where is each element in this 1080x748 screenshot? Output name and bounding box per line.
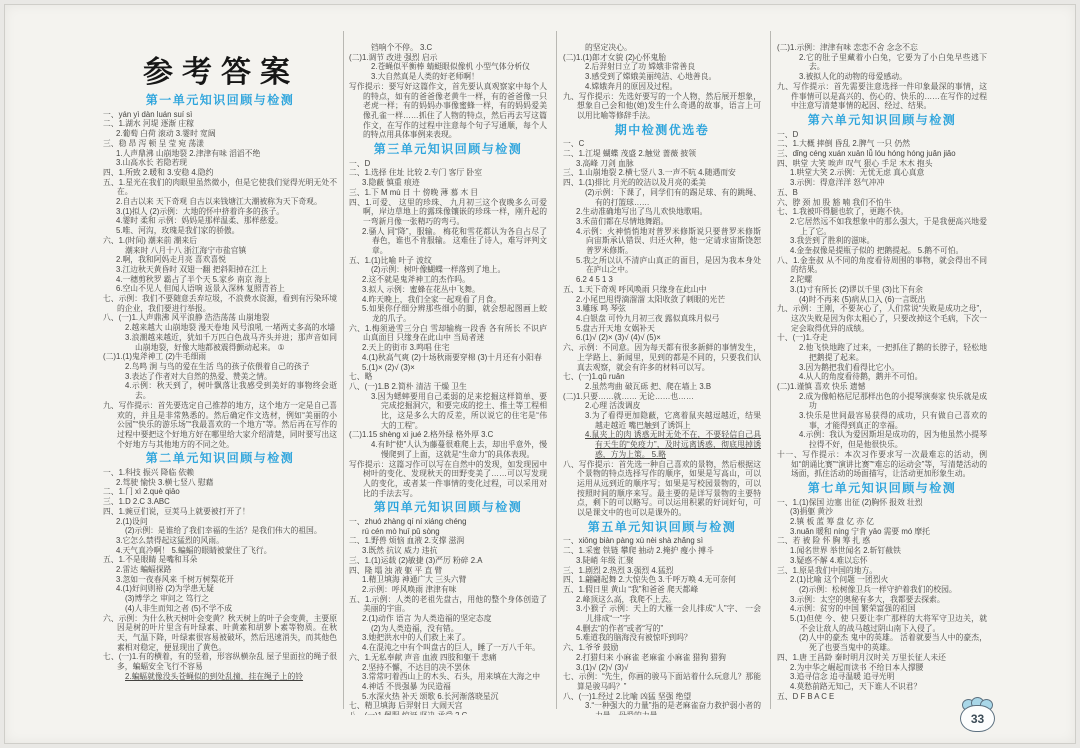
answer-line: 4.(1)好问则裕 (2)为学患无疑 [103,584,337,594]
answer-line: 4.莫愁前路无知己，天下谁人不识君？ [777,682,987,692]
answer-line: 七、示例：“先生，你画的骏马下面站着什么玩意儿？那能算是骏马吗？” [563,672,761,691]
answer-line: 七、示例：我们不要随意丢弃垃圾，不浪费水资源，看到有污染环境的企业，我们要进行举… [103,294,337,313]
answer-line: 2.陀螺 [777,275,987,285]
answer-line: 1.哄堂大笑 2.示例：无忧无虑 真心真意 [777,168,987,178]
answer-line: 2.鸟鸣 涧 与鸟的爱在生活 鸟的孩子依偎着自己的孩子 [103,362,337,372]
answer-line: 五、1.天下奇观 呼风唤雨 只缘身在此山中 [563,285,761,295]
answer-line: 二、1.门 xì 2.què qiāo [103,487,337,497]
answer-line: 2.成为像帕格尼尼那样出色的小提琴演奏家 快乐就是成功 [777,392,987,411]
answer-line: 4.(1)秋高气爽 (2)十场秋雨要穿棉 (3)十月还有小阳春 [349,353,547,363]
answer-line: 2.为中华之崛起而读书 不给日本人撑腰 [777,663,987,673]
section-header: 第七单元知识回顾与检测 [777,484,987,494]
answer-line: 一、yán yì dàn luán suí sì [103,110,337,120]
answer-line: 七、略 [349,372,547,382]
answer-line: 八、写作提示：首先选一种自己喜欢的景物，然后根据这个景物的特点选择写作的顺序，如… [563,460,761,518]
answer-line: 二、1.选择 住址 比较 2.专门 客厅 卧室 [349,168,547,178]
answer-line: 4.示例：秋天到了，树叶飘落让我感受到美好的事物终会逝去。 [103,381,337,400]
answer-line: 三、1.原是我们中国的地方。 [777,566,987,576]
answer-line: 二、1.采蜜 铁链 攀爬 抽动 2.掩护 瘦小 搏斗 [563,546,761,556]
answer-line: 4.嫦娥奔月的原因及过程。 [563,82,761,92]
answer-line: 2.(1)设问 [103,517,337,527]
answer-line: 3.大自然真是人类的好老师啊！ [349,72,547,82]
answer-line: 4.示例：火神悄悄地对普罗米修斯说只要普罗米修斯向宙斯承认错误、归还火种，他一定… [563,227,761,256]
page-title: 参考答案 [105,47,337,91]
answer-line: 3.雕琢 鸣 琴弦 [563,304,761,314]
answer-line: 二、若 被 险 怀 胸 筹 扎 惑 [777,536,987,546]
answer-line: 4.天气真冷啊！ 5.蝙蝠的眼睛被蒙住了飞行。 [103,546,337,556]
answer-line: (二)1.(1)鬼斧神工 (2)牛毛细雨 [103,352,337,362]
answer-line: 6.(1)√ (2)× (3)√ (4)√ (5)× [563,333,761,343]
answer-line: 2.驾驶 愉快 3.横七竖八 慰藉 [103,478,337,488]
answer-line: 五、1.不是眼睛 是嘴和耳朵 [103,555,337,565]
answer-line: 2.天上的街市 3.鸣唱 住宅 [349,343,547,353]
answer-line: 六、示例：为什么秋天树叶会变黄？秋天树上的叶子会变黄，主要原因是树的叶片里含有叶… [103,614,337,653]
answer-line: 2.虽然弯曲 破瓦砾 把、爬在墙上 3.B [563,382,761,392]
answer-line: 4.示例：贫穷的中国 繁荣富强的祖国 [777,604,987,614]
answer-line: 2.打猎归来 小麻雀 老麻雀 小麻雀 猎狗 猎狗 [563,653,761,663]
answer-line: 十、(一)1.夺走 [777,333,987,343]
answers-column-2: 铛响个不停。 3.C(二)1.调节 改进 强烈 启示2.苍蝇似平衡棒 蜻蜓眼似像… [349,43,547,715]
answer-line: 2.(1)比喻 这个问题 一团烈火 [777,575,987,585]
answer-line: 2.蝙蝠就像没头苍蝇似的到处乱撞，挂在绳子上的铃 [103,672,337,682]
answer-line: 3.被拟人化的动物的母爱感动。 [777,72,987,82]
answer-line: 2.他飞快地跑了过来，一把抓住了鹅的长脖子，轻松地把鹅提了起来。 [777,343,987,362]
answer-line: 3.nuǎn 暖和 níng 宁肯 yāo 需要 mó 摩托 [777,527,987,537]
answer-line: 1.人声鼎沸 山崩地裂 2.津津有味 滔滔不绝 [103,149,337,159]
answer-line: 四、隆 塌 浊 液 躯 平 直 臂 [349,566,547,576]
answer-line: 六、示例：不同意。因为每天都有很多新鲜的事情发生，上学路上、新闻里，见到的都是不… [563,343,761,372]
column-divider [556,31,557,709]
answer-line: 4.神话 不畏强暴 为民造福 [349,682,547,692]
answer-line: 5.唯、河沟，玫瑰是我们家的骄傲。 [103,226,337,236]
answer-line: 3.(1)√ (2)√ (3)√ [563,663,761,673]
answer-line: 3.它怎么禁得起这猛烈的风雨。 [103,536,337,546]
answer-line: 2.小尾巴甩得滴溜溜 太阳收敛了刺眼的光芒 [563,295,761,305]
answer-line: 5.水深火热 补天 颂歌 6.长河渐落晓星沉 [349,692,547,702]
answer-line: 3.小猴子 示例：天上的大雁一会儿排成“人”字、 一会儿排成“一”字 [563,604,761,623]
answer-line: 5.如果你仔细分辨那些细小的脚，就会想起图画上蛟龙的爪子。 [349,304,547,323]
answer-line: 4.在混沌之中有个叫盘古的巨人，睡了一万八千年。 [349,643,547,653]
section-header: 第五单元知识回顾与检测 [563,523,761,533]
answer-line: 3.表达了作者对大自然的热爱、赞美之情。 [103,372,337,382]
answer-line: 一、zhuó zhàng qí ní xiáng chéng [349,517,547,527]
answer-line: 六、脖 颈 加 股 豁 喃 我们不怕牛 [777,198,987,208]
answer-line: 5.难道我的脑海没有被惊吓到吗？ [563,633,761,643]
answer-line: 2.自古以来 天下奇观 自古以来钱塘江大潮被称为天下奇观。 [103,197,337,207]
answer-line: 2.啊，我和阿妈走月亮 喜欢喜悦 [103,255,337,265]
answer-line: 一、C [563,139,761,149]
answer-line: (4)人非生而知之者 (5)不学不成 [103,604,337,614]
answer-line: 潮来时 八月十八 浙江海宁市盐官镇 [103,246,337,256]
answer-line: 一、1.科技 振兴 降临 依赖 [103,468,337,478]
answer-line: 4.白银盘 可怜九月初三夜 露似真珠月似弓 [563,314,761,324]
answer-line: 2.镇 板 蓝 筹 盘 亿 亦 亿 [777,517,987,527]
answer-line: (二)1.调节 改进 强烈 启示 [349,53,547,63]
answer-line: 3.感受到了嫦娥美丽纯洁、心地善良。 [563,72,761,82]
answer-line: 3.隐蔽 慎重 痕迹 [349,178,547,188]
answer-line: 一、xiōng biàn pàng xù nèi shà zhǎng sì [563,536,761,546]
page-number-badge: 33 [957,697,999,733]
answer-line: 八、1.金奎叔 从不同的角度看待周围的事物，就会得出不同的结果。 [777,256,987,275]
answer-line: 九、示例：王刚，不要灰心了，人们常说“失败是成功之母”，这次失败是因为你太粗心了… [777,304,987,333]
answer-line: 六、1.梅须逊雪三分白 雪却输梅一段香 各有所长 不识庐山真面目 只缘身在此山中… [349,324,547,343]
answer-line: 3.高峰 刀剑 血脉 [563,159,761,169]
column-divider [343,31,344,709]
answer-line: (二)1.(1)郎才女貌 (2)心怀鬼胎 [563,53,761,63]
answer-line: (二)1.示例：津津有味 恋恋不舍 念念不忘 [777,43,987,53]
answer-line: 五、D F B A C E [777,692,987,702]
answer-line: 3.(1)寸有所长 (2)谬以千里 (3)比下有余 [777,285,987,295]
answer-line: 1.精卫填海 神通广大 三头六臂 [349,575,547,585]
answer-line: 3.既然 抗议 威力 违抗 [349,546,547,556]
answer-line: (2)示例：树叶像蝴蝶一样落到了地上。 [349,265,547,275]
answer-line: 六、1.爷爷 鼓励 [563,643,761,653]
answer-line: 1.闻名世界 举世闻名 2.斩钉截铁 [777,546,987,556]
answer-line: 4.示例：我认为爱因斯坦是成功的，因为他虽然小提琴拉得不好，但是他很快乐。 [777,430,987,449]
answer-line: 十一、写作提示：本次习作要求写一次最难忘的活动，例如“朗诵比赛”“演讲比赛”“难… [777,450,987,479]
answers-column-4: (二)1.示例：津津有味 恋恋不舍 念念不忘2.它的肚子里藏着小白兔，它要为了小… [777,43,987,715]
answer-line: 3.她把洪水中的人们救上来了。 [349,633,547,643]
answer-line: 4.金奎叔像是提瓶子似的 把鹅提起。 5.鹅不可怕。 [777,246,987,256]
answer-line: 5.盘古开天地 女娲补天 [563,324,761,334]
answer-line: 的坚定决心。 [563,43,761,53]
answer-line: 3.因为蟋蟀要用自己柔弱的足来挖掘这样简单、要完成挖掘洞穴，和要完成的挖土、推土… [349,392,547,431]
column-divider [770,31,771,709]
answer-line: 6.2 4 5 1 3 [563,275,761,285]
answer-line: 5.(1)× (2)√ (3)× [349,363,547,373]
answer-line: 3.禾苗们都在尽情地舞蹈。 [563,217,761,227]
answer-line: rú cén mò huī pǔ sòng [349,527,547,537]
section-header: 第二单元知识回顾与检测 [103,454,337,464]
answers-column-1: 第一单元知识回顾与检测一、yán yì dàn luán suí sì二、1.湖… [103,91,337,715]
answer-line: (3)捐躯 黄沙 [777,507,987,517]
answer-line: 2.雷达 蝙蝠探路 [103,565,337,575]
section-header: 第四单元知识回顾与检测 [349,503,547,513]
answer-line: 2.(1)动作 语言 为人类造福的坚定态度 [349,614,547,624]
answer-line: 3.忽如一夜春风来 千树万树梨花开 [103,575,337,585]
answer-line: (2)示例：是谁给了我们幸福的生活？是我们伟大的祖国。 [103,526,337,536]
answer-line: 3.示例：太空的奥秘有多大，我都要去探索。 [777,595,987,605]
answer-line: 九、写作提示：首先要选定自己推荐的地方，这个地方一定是自己喜欢的，并且是非常熟悉… [103,401,337,450]
answer-line: 八、(一)1.B 2.简朴 清洁 干燥 卫生 [349,382,547,392]
answer-line: 3.疑惑不解 4.难以忘怀 [777,556,987,566]
answer-line: 2.苍蝇似平衡棒 蜻蜓眼似像机 小型气体分析仪 [349,62,547,72]
answer-line: 2.坚持不懈，不达目的决不罢休 [349,663,547,673]
answer-line: 2.这不就是鬼斧神工的杰作吗。 [349,275,547,285]
answer-line: 五、1.假日里 黄山 “我”和爸爸 爬天都峰 [563,585,761,595]
answer-line: (2)示例：下课了，同学们有的踢足球、有的跳绳、有的打篮球…… [563,188,761,207]
answer-line: 写作提示：这篇习作可以写在自然中的发现，如发现园中树叶的变化、发现秋天的田野变美… [349,460,547,499]
section-header: 第一单元知识回顾与检测 [103,96,337,106]
answer-line: 4.昨天晚上，我们全家一起观看了月食。 [349,295,547,305]
answer-line: 七、精卫填海 后羿射日 大闹天宫 [349,701,547,711]
answer-line: 3.(1)拟人 (2)示例：大地的怀中挤着许多的孩子。 [103,207,337,217]
answer-line: 四、1.可爱、 这里的珍珠、 九月初三这个夜晚多么可爱啊，岸边草地上的露珠像镶嵌… [349,198,547,227]
answer-line: (二)1.15 shèng xì jué 2.格外绿 格外厚 3.C [349,430,547,440]
answer-line: (2)人中的豪杰 鬼中的英雄。 活着就要当人中的豪杰，死了也要当鬼中的英雄。 [777,633,987,652]
answer-line: 2.它的肚子里藏着小白兔，它要为了小白兔早些逃下去。 [777,53,987,72]
answer-line: 三、1.剧烈 2.热烈 3.强烈 4.猛烈 [563,566,761,576]
answer-line: 一、1.(1)保国 边塞 出征 (2)胸怀 报效 壮烈 [777,498,987,508]
answer-line: 四、1.(1)排比 月光的皎洁以及月亮的柔美 [563,178,761,188]
answer-line: 三、1.(1)运载 (2)敏捷 (3)严厉 粉碎 2.A [349,556,547,566]
answer-line: 2.越来越大 山崩地裂 漫天卷地 风号浪吼 一堵两丈多高的水墙 [103,323,337,333]
answer-line: (二)1.谨慎 喜欢 快乐 遗憾 [777,382,987,392]
answer-line: 三、稳 昂 泻 顿 呈 莹 宛 荡漾 [103,139,337,149]
answer-line: 四、1.所致 2.暖和 3.安稳 4.隐约 [103,168,337,178]
answer-line: 八、(一)1.佩服 惊讶 坚决 承受 2.C [349,711,547,715]
answer-line: 3.我尝到了胜利的滋味。 [777,236,987,246]
answer-line: (二)1.只要……就…… 无论……也…… [563,392,761,402]
answer-line: 2.生动准确地写出了鸟儿欢快地歌唱。 [563,207,761,217]
answer-line: 2.示例：呼风唤雨 津津有味 [349,585,547,595]
answer-line: 2.骚人 同“降”，服输。 梅花和雪花都认为各自占尽了春色，谁也不肯服输。 这难… [349,227,547,256]
answer-sheet-page: 参考答案 第一单元知识回顾与检测一、yán yì dàn luán suí sì… [4,4,1076,744]
answer-line: 4.从人的角度看待鹅，鹅并不可怕。 [777,372,987,382]
answer-line: 2.心理 活泼调皮 [563,401,761,411]
answer-line: 3.示例：得意洋洋 怒气冲冲 [777,178,987,188]
answer-line: 五、B [777,188,987,198]
section-header: 第六单元知识回顾与检测 [777,116,987,126]
answer-line: 一、D [349,159,547,169]
answer-line: 五、1.示例：人类的老祖先盘古，用他的整个身体创造了美丽的宇宙。 [349,595,547,614]
answer-line: 八、(一)1.人声鼎沸 风平浪静 浩浩荡荡 山崩地裂 [103,313,337,323]
answer-line: 八、(一)1.经过 2.比喻 凶猛 坚强 绝望 [563,692,761,702]
answer-line: 4.霎时 柔和 示例：妈妈是那样温柔、那样慈爱。 [103,216,337,226]
answer-line: 3.“一种强大的力量”指的是老麻雀奋力救护弱小者的力量、母爱的力量。 [563,701,761,715]
answer-line: 2.葡萄 白荷 滚动 3.霎时 宽阔 [103,129,337,139]
answer-line: 3.山高水长 若隐若现 [103,158,337,168]
section-header: 第三单元知识回顾与检测 [349,145,547,155]
answer-line: 2.峰顶这么高，我爬不上去。 [563,595,761,605]
answer-line: 一、D [777,130,987,140]
answer-line: 4.鼠夹上的肉 诱惑无时无处不在，不要轻信自己具有天生的“免疫力”，及时远离诱惑… [563,430,761,459]
answer-line: 铛响个不停。 3.C [349,43,547,53]
answer-line: 四、哄堂 大笑 唉声 叹气 狠心 手足 木木 抱头 [777,159,987,169]
answer-line: 四、1.翩翩起舞 2.大惊失色 3.千呼万唤 4.无可奈何 [563,575,761,585]
answer-line: 2.后羿射日立了功 嫦娥非常善良 [563,62,761,72]
answer-line: 3.快乐是世间最容易获得的成功，只有做自己喜欢的事，才能得到真正的幸福。 [777,411,987,430]
answer-line: 5.我之所以认不清庐山真正的面目，是因为我本身处在庐山之中。 [563,256,761,275]
answer-line: 六、1.无私奉献 声音 血液 四肢和躯干 悲痛 [349,653,547,663]
answer-line: 3.因为鹅把我们看得比它小。 [777,363,987,373]
answer-line: 三、1.下 M mù 日 十 傍晚 薄 慕 木 目 [349,188,547,198]
answer-line: 2.它居然远不如我想象中的那么强大，于是我便高兴地爱上了它。 [777,217,987,236]
answer-line: 写作提示：要写好这篇作文，首先要认真观察家中每个人的特点，如有的爸爸像老黄牛一样… [349,82,547,140]
answer-line: 六、1.(时间) 潮来前 潮来后 [103,236,337,246]
answer-line: 三、1.D 2.C 3.ABC [103,497,337,507]
answer-line: 3.浪潮越来越近，犹如千万匹白色战马齐头并进；那声音如同山崩地裂，好像大地都被震… [103,333,337,352]
answer-line: 3.为了看得更加隐蔽，它离着鼠夹越逗越近，结果越走越近 嘴巴触到了诱饵上 [563,411,761,430]
answer-line: 二、1.大概 摔倒 昏乱 2.脾气 一只 仍然 [777,139,987,149]
answer-line: (4)时不再来 (5)病从口入 (6)一言既出 [777,295,987,305]
answer-line: 3.常常叼着西山上的木头、石头，用来填在大海之中 [349,672,547,682]
answer-line: 九、写作提示：先选好要写的一个人物，然后展开想象，想象自己会和他(她)发生什么奇… [563,92,761,121]
answer-line: 七、1.我被吓得腿也软了，更跑不快。 [777,207,987,217]
answer-line: 五、1.(1)比喻 叶子 波纹 [349,256,547,266]
answer-line: (3)博学之 审问之 笃行之 [103,594,337,604]
answer-line: 七、(一)1.qǔ ruǎn [563,372,761,382]
answer-line: 4.有时“使”人认为藤蔓很难爬上去，却出乎意外，慢慢爬到了上面，这就是“生命力”… [349,440,547,459]
answer-line: 二、1.江堤 蝴蝶 茂盛 2.触觉 蔷薇 披领 [563,149,761,159]
answer-line: 三、dǐng céng xuán xuān lǚ lóu hóng hóng j… [777,149,987,159]
answer-line: 九、写作提示：首先需要注意选择一件印象最深的事情，这件事情可以是高兴的、伤心的、… [777,82,987,111]
answer-line: 二、1.野兽 烦恼 血液 2.支撑 滋润 [349,536,547,546]
answer-line: 三、1.山崩地裂 2.横七竖八 3.一声不吭 4.随遇而安 [563,168,761,178]
answer-line: 四、1.豌豆们说，豆荚马上就要被打开了！ [103,507,337,517]
answer-line: (2)示例：松树像卫兵一样守护着我们的校园。 [777,585,987,595]
answers-column-3: 的坚定决心。(二)1.(1)郎才女貌 (2)心怀鬼胎2.后羿射日立了功 嫦娥非常… [563,43,761,715]
answer-line: 3.江边秋天黄昏时 双翅一翻 把斜阳掉在江上 [103,265,337,275]
answer-line: 二、1.湖水 河堤 逐渐 庄稼 [103,119,337,129]
answer-line: 6.空山不见人 但闻人语响 返景入深林 复照青苔上 [103,284,337,294]
answer-line: 3.追寻信念 追寻温暖 追寻光明 [777,672,987,682]
answer-line: 3.拟人 示例：蜜蜂在花丛中飞舞。 [349,285,547,295]
answer-sheet-screenshot: 参考答案 第一单元知识回顾与检测一、yán yì dàn luán suí sì… [0,0,1080,748]
answer-line: 4.一穗剪秋罗 霸占了半个天 5.家乡 南京 海上 [103,275,337,285]
page-number: 33 [960,705,995,732]
answer-line: 七、(一)1.有的横着，有的竖着，形容纵横杂乱 屋子里面拉的绳子很多，蝙蝠安全飞… [103,652,337,671]
answer-line: 四、1.唐 王昌龄 秦时明月汉时关 万里长征人未还 [777,653,987,663]
answer-line: 3.陡峭 年级 汇聚 [563,556,761,566]
section-header: 期中检测优选卷 [563,126,761,136]
answer-line: 5.(1)但使 今、使 只要让李广那样的大将军守卫边关，就不会让敌人的战马越过阴… [777,614,987,633]
answer-line: 五、1.星光在我们的肉眼里虽然微小，但是它使我们觉得光明无处不在。 [103,178,337,197]
